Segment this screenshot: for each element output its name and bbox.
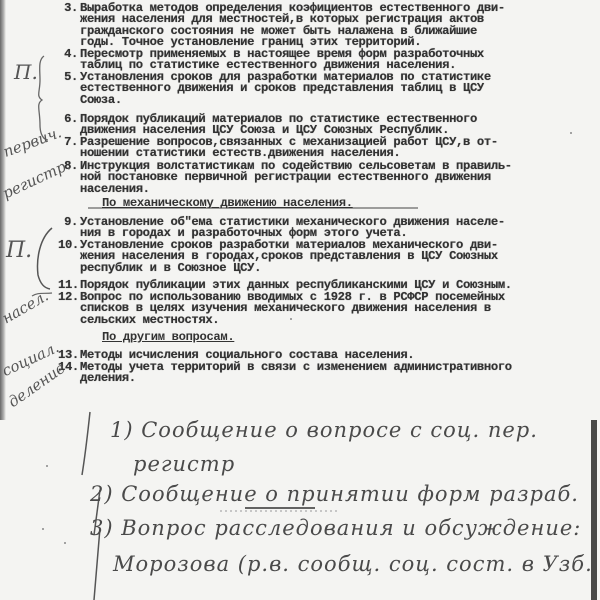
handwritten-note-3-cont: Морозова (р.в. сообщ. соц. сост. в Узб. — [90, 552, 593, 576]
section-heading-other: По другим вопросам. — [102, 330, 234, 344]
item-line: населения. — [80, 184, 580, 195]
item-number: 10. — [58, 240, 78, 251]
handwritten-note-1-cont: регистр — [110, 452, 235, 476]
scanned-document-page: 3. Выработка методов определения коэфици… — [0, 0, 600, 600]
section-heading-mechanical: По механическому движению населения. — [102, 196, 353, 210]
agenda-item-9: 9. Установление об"ема статистики механи… — [80, 217, 580, 240]
item-line: сельских местностях. — [80, 315, 580, 326]
agenda-item-14: 14. Методы учета территорий в связи с из… — [80, 362, 580, 385]
scan-speck — [290, 318, 292, 320]
handwritten-note-1: 1) Сообщение о вопросе с соц. пер. — [110, 418, 538, 442]
agenda-item-12: 12. Вопрос по использованию вводимых с 1… — [80, 292, 580, 326]
item-line: естественного движения и сроков представ… — [80, 83, 580, 94]
agenda-item-3: 3. Выработка методов определения коэфици… — [80, 3, 580, 49]
agenda-item-7: 7. Разрешение вопросов,связанных с механ… — [80, 137, 580, 160]
agenda-item-4: 4. Пересмотр применяемых в настоящее вре… — [80, 49, 580, 72]
scan-speck — [46, 465, 48, 467]
agenda-item-5: 5. Установления сроков для разработки ма… — [80, 72, 580, 106]
scan-speck — [42, 528, 44, 530]
item-line: Союза. — [80, 95, 580, 106]
item-number: 3. — [58, 3, 78, 14]
item-number: 6. — [58, 114, 78, 125]
item-line: ной постановке первичной регистрации ест… — [80, 172, 580, 183]
margin-note-group-4-8: П. — [14, 60, 38, 84]
item-number: 9. — [58, 217, 78, 228]
item-number: 4. — [58, 49, 78, 60]
scan-speck — [64, 542, 66, 544]
item-line: Методы учета территорий в связи с измене… — [80, 362, 580, 373]
handwritten-note-3: 3) Вопрос расследования и обсуждение: — [90, 516, 581, 540]
item-number: 5. — [58, 72, 78, 83]
handwritten-note-2: 2) Сообщение о принятии форм разраб. — [90, 482, 579, 506]
agenda-item-8: 8. Инструкция волстатистикам по содейств… — [80, 161, 580, 195]
margin-note-group-9-11: П. — [6, 238, 32, 263]
agenda-item-6: 6. Порядок публикаций материалов по стат… — [80, 114, 580, 137]
scan-speck — [570, 132, 572, 134]
item-line: республик и в Союзное ЦСУ. — [80, 263, 580, 274]
item-line: деления. — [80, 373, 580, 384]
item-number: 12. — [58, 292, 78, 303]
agenda-item-10: 10. Установление сроков разработки матер… — [80, 240, 580, 274]
